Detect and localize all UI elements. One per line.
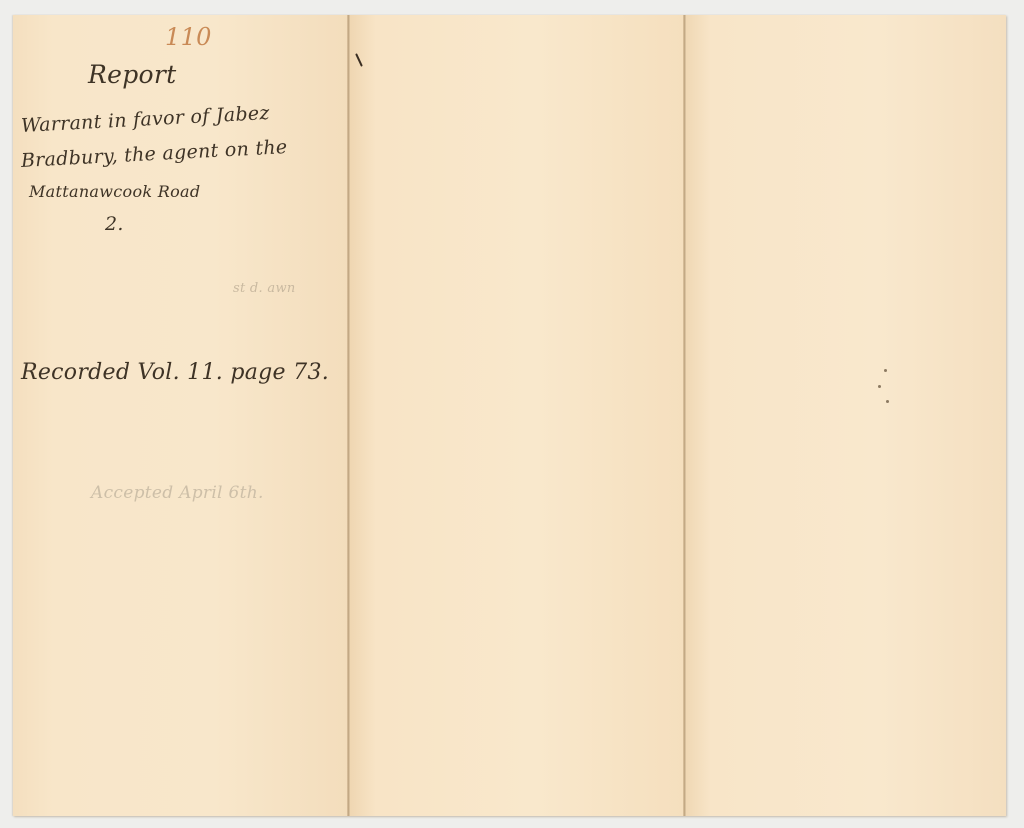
document-sheet: 110 Report Warrant in favor of Jabez Bra… (13, 15, 1006, 816)
paper-speck (878, 385, 881, 388)
docket-title: Report (88, 60, 176, 89)
description-line-2: Bradbury, the agent on the (20, 136, 288, 172)
fold-line (347, 15, 350, 816)
fold-line (683, 15, 686, 816)
docket-panel-left: 110 Report Warrant in favor of Jabez Bra… (13, 15, 349, 816)
recorded-note: Recorded Vol. 11. page 73. (21, 360, 329, 385)
description-line-1: Warrant in favor of Jabez (20, 102, 270, 137)
docket-panel-middle (349, 15, 685, 816)
paper-speck (884, 369, 887, 372)
ink-mark (355, 53, 363, 67)
folio-number: 110 (165, 23, 212, 51)
item-number: 2. (105, 213, 124, 235)
pencil-note-bottom: Accepted April 6th. (91, 483, 264, 503)
pencil-note-top: st d. awn (233, 281, 296, 296)
description-line-3: Mattanawcook Road (29, 182, 200, 201)
paper-speck (886, 400, 889, 403)
docket-panel-right (685, 15, 1006, 816)
